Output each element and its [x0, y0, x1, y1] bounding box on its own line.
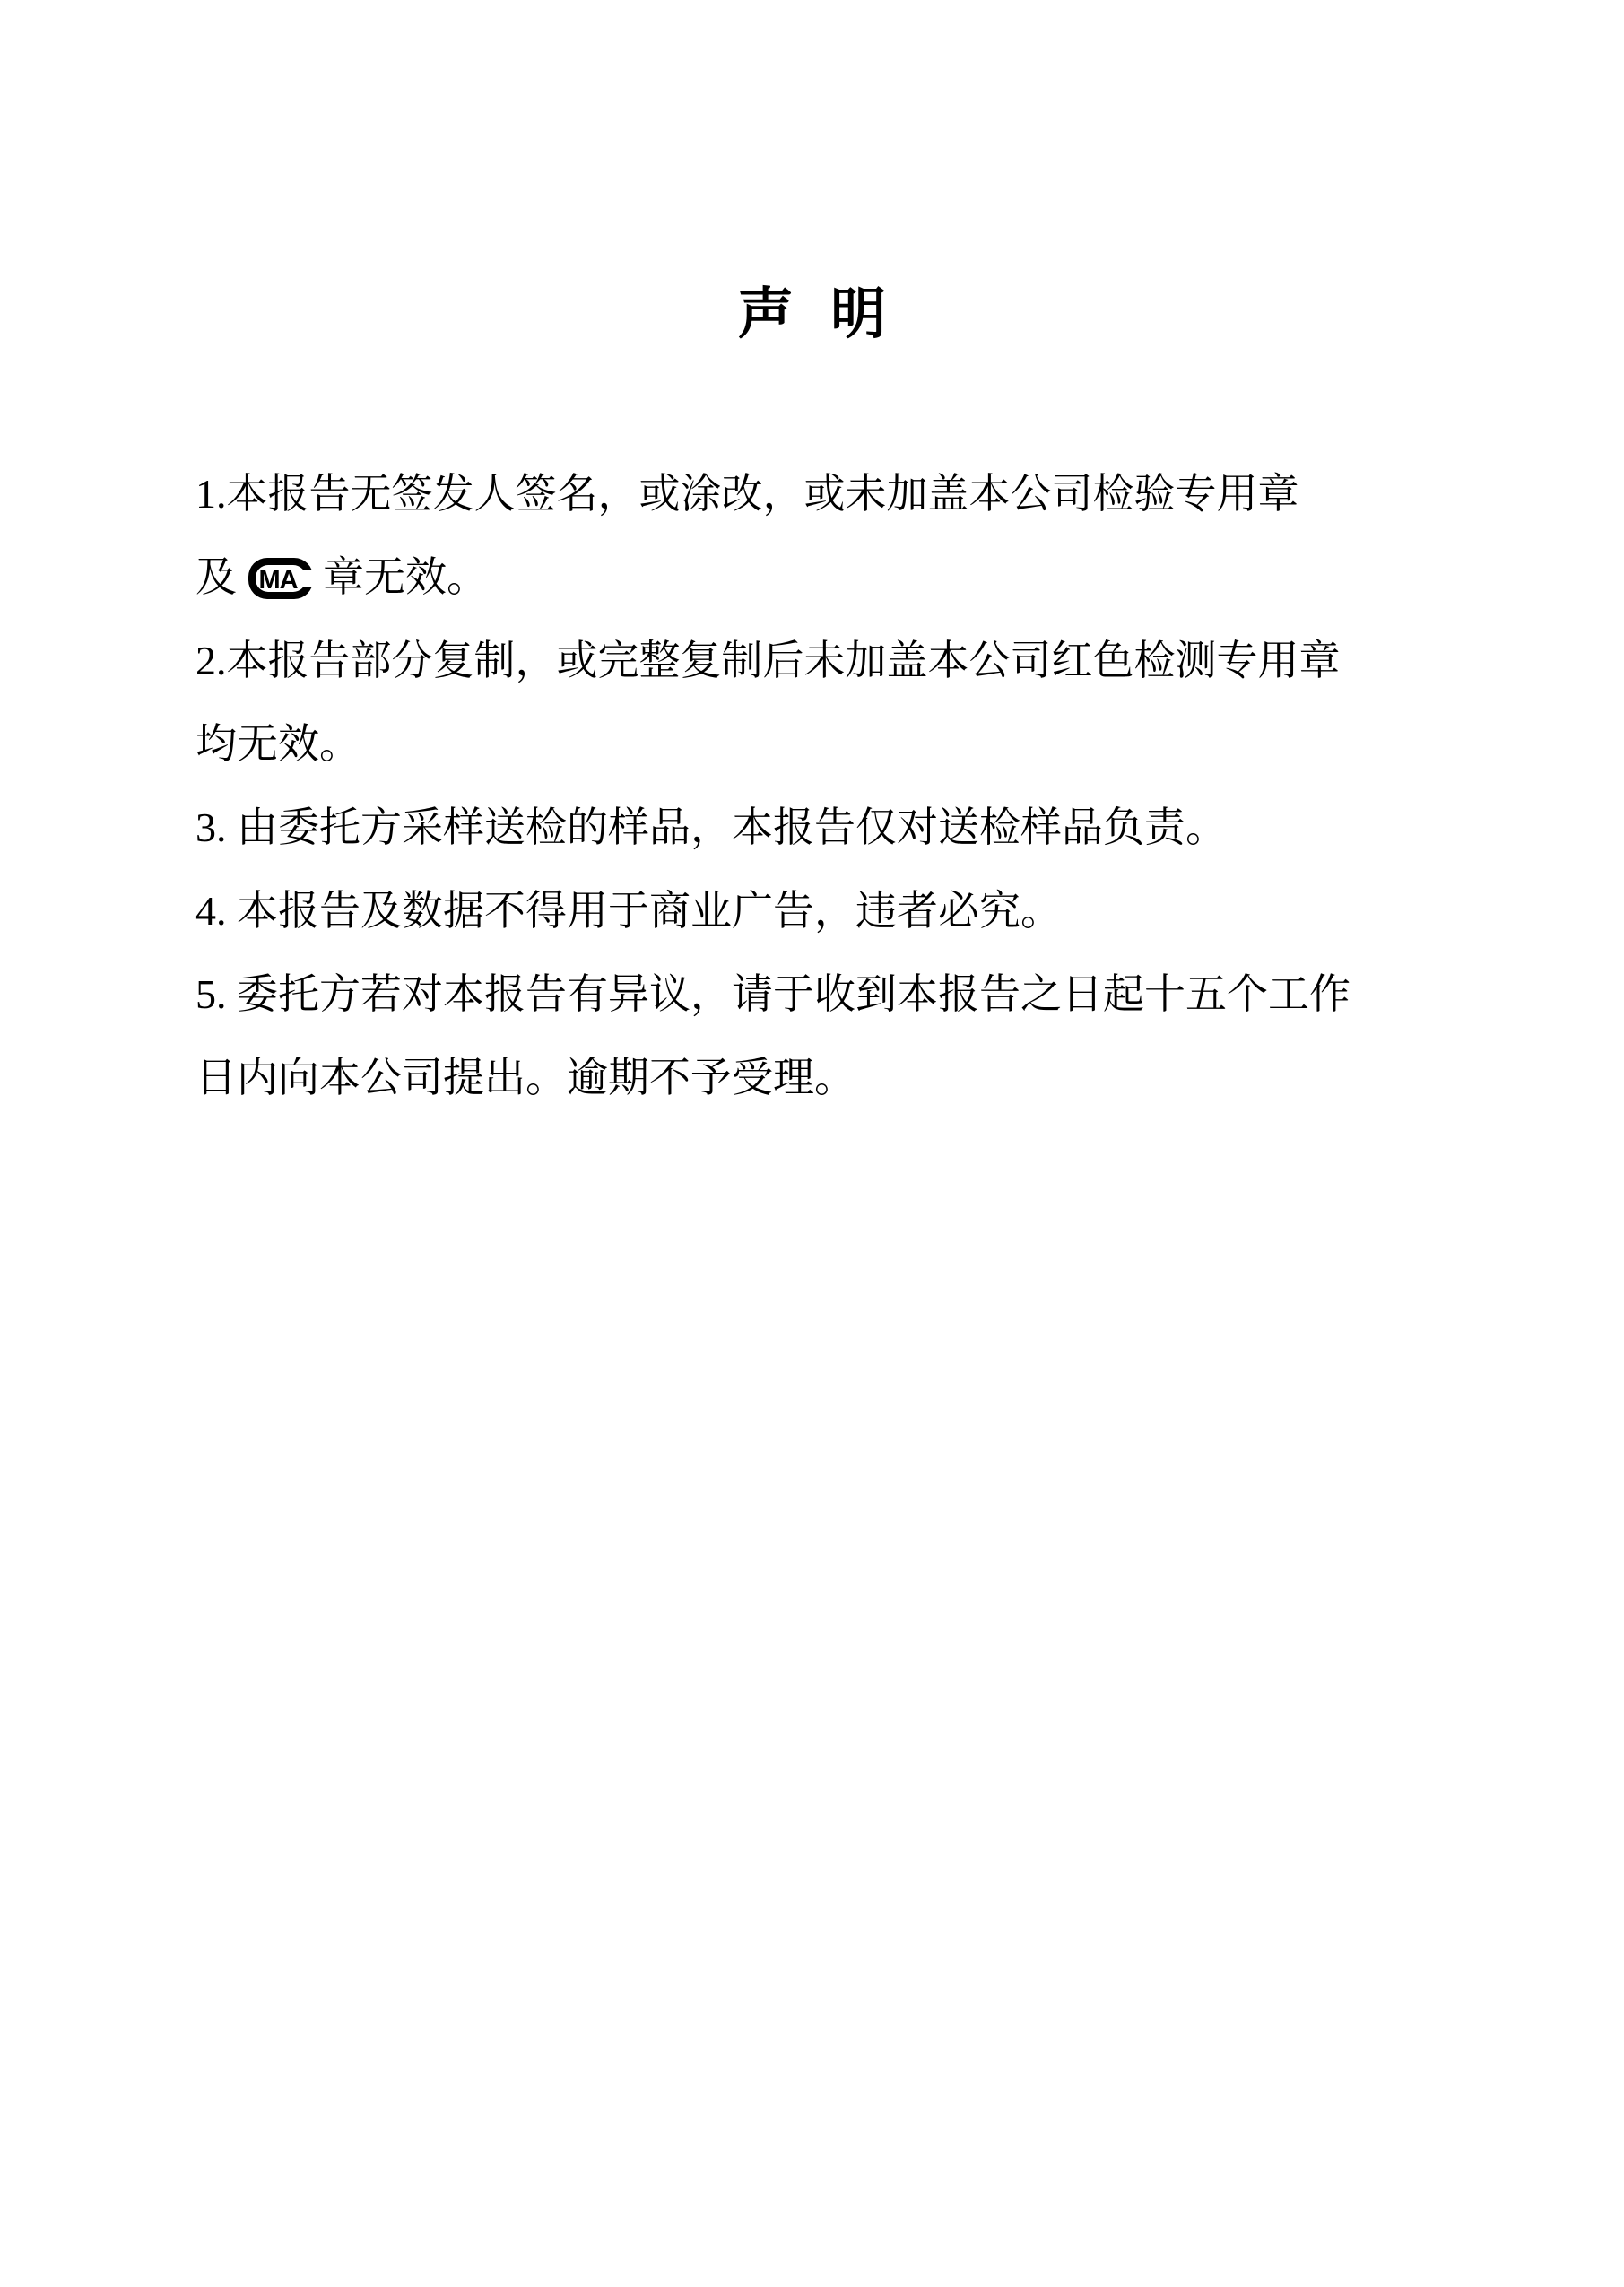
statement-5-line-2: 日内向本公司提出。逾期不予受理。	[195, 1036, 1361, 1119]
page-title: 声 明	[0, 283, 1624, 346]
statement-1-line-2-suffix: 章无效。	[323, 554, 488, 600]
statement-1-line-2: 及 MA 章无效。	[195, 535, 1361, 619]
statement-1-line-1: 1.本报告无签发人签名，或涂改，或未加盖本公司检验专用章	[195, 452, 1361, 535]
statement-1-line-2-prefix: 及	[195, 554, 237, 600]
declaration-page: 声 明 1.本报告无签发人签名，或涂改，或未加盖本公司检验专用章 及 MA 章无…	[0, 0, 1624, 2287]
cma-certification-mark-icon: MA	[248, 558, 313, 599]
statement-2-line-1: 2.本报告部分复制，或完整复制后未加盖本公司红色检测专用章	[195, 619, 1361, 702]
statement-3-line-1: 3. 由委托方采样送检的样品，本报告仅对送检样品负责。	[195, 786, 1361, 869]
cma-mark-letters: MA	[258, 566, 298, 595]
statement-4-line-1: 4. 本报告及数据不得用于商业广告，违者必究。	[195, 869, 1361, 952]
statement-2-line-2: 均无效。	[195, 702, 1361, 786]
statement-5-line-1: 5. 委托方若对本报告有异议，请于收到本报告之日起十五个工作	[195, 952, 1361, 1036]
statement-list: 1.本报告无签发人签名，或涂改，或未加盖本公司检验专用章 及 MA 章无效。 2…	[195, 452, 1361, 1119]
